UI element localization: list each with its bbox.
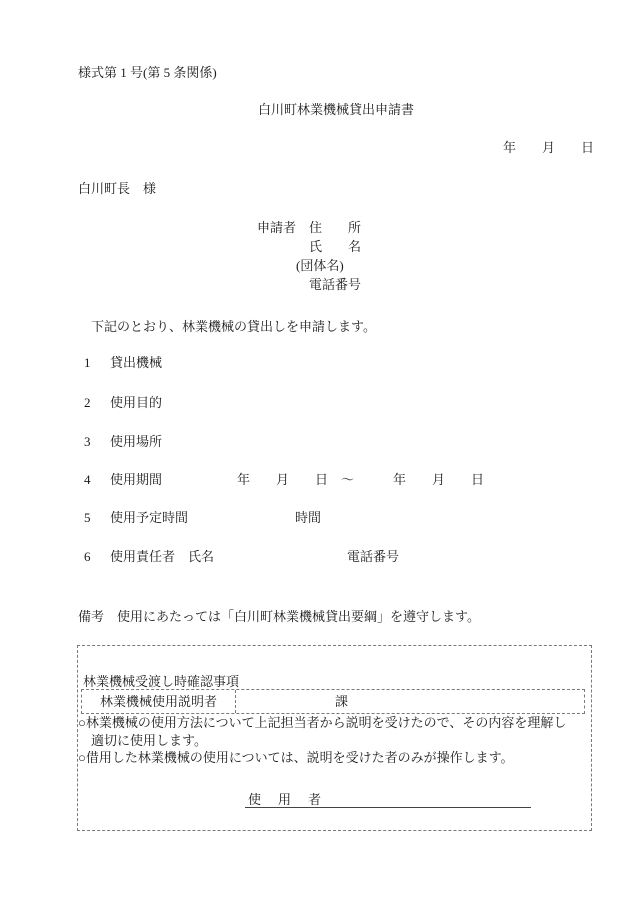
addressee: 白川町長 様 (78, 181, 156, 197)
item-scheduled-hours: 5 使用予定時間 時間 (0, 510, 630, 526)
item-number: 3 (84, 434, 91, 450)
page-title: 白川町林業機械貸出申請書 (258, 102, 414, 118)
item-number: 2 (84, 395, 91, 411)
item-label: 使用目的 (110, 395, 162, 411)
user-label: 使 用 者 (245, 793, 531, 807)
confirmation-statement-1: ○林業機械の使用方法について上記担当者から説明を受けたので、その内容を理解し適切… (91, 714, 577, 749)
item-lending-machine: 1 貸出機械 (0, 355, 630, 371)
application-form-page: 様式第 1 号(第 5 条関係) 白川町林業機械貸出申請書 年 月 日 白川町長… (0, 0, 630, 903)
handover-confirmation-box: 林業機械受渡し時確認事項 林業機械使用説明者 課 ○林業機械の使用方法について上… (77, 645, 592, 831)
confirmation-statement-2: ○借用した林業機械の使用については、説明を受けた者のみが操作します。 (91, 749, 577, 767)
item-purpose: 2 使用目的 (0, 395, 630, 411)
user-signature-line: 使 用 者 (245, 793, 531, 808)
applicant-organization-label: (団体名) (296, 258, 344, 274)
item-label: 使用責任者 (110, 549, 175, 565)
item-label: 使用期間 (110, 472, 162, 488)
explainer-label-cell: 林業機械使用説明者 (82, 690, 236, 713)
item-responsible-person: 6 使用責任者 氏名 電話番号 (0, 549, 630, 565)
item-hours-unit: 時間 (295, 510, 321, 526)
item-number: 4 (84, 472, 91, 488)
item-number: 6 (84, 549, 91, 565)
item-number: 1 (84, 355, 91, 371)
item-label: 使用予定時間 (110, 510, 188, 526)
responsible-name-label: 氏名 (188, 549, 214, 565)
applicant-name-label: 氏 名 (309, 239, 361, 255)
date-line: 年 月 日 (503, 140, 594, 156)
section-cell: 課 (236, 690, 584, 713)
confirmation-box-heading: 林業機械受渡し時確認事項 (83, 674, 239, 690)
remarks-note: 備考 使用にあたっては「白川町林業機械貸出要綱」を遵守します。 (78, 609, 480, 625)
applicant-address-label: 住 所 (309, 220, 361, 236)
form-number: 様式第 1 号(第 5 条関係) (78, 65, 217, 81)
item-label: 貸出機械 (110, 355, 162, 371)
applicant-label: 申請者 (257, 220, 296, 236)
responsible-phone-label: 電話番号 (347, 549, 399, 565)
intro-sentence: 下記のとおり、林業機械の貸出しを申請します。 (91, 319, 376, 335)
item-period: 4 使用期間 年 月 日 〜 年 月 日 (0, 472, 630, 488)
item-period-dates: 年 月 日 〜 年 月 日 (237, 472, 484, 488)
confirmation-statements: ○林業機械の使用方法について上記担当者から説明を受けたので、その内容を理解し適切… (78, 714, 577, 767)
applicant-phone-label: 電話番号 (309, 277, 361, 293)
item-number: 5 (84, 510, 91, 526)
explainer-table: 林業機械使用説明者 課 (81, 689, 585, 714)
item-label: 使用場所 (110, 434, 162, 450)
item-place: 3 使用場所 (0, 434, 630, 450)
